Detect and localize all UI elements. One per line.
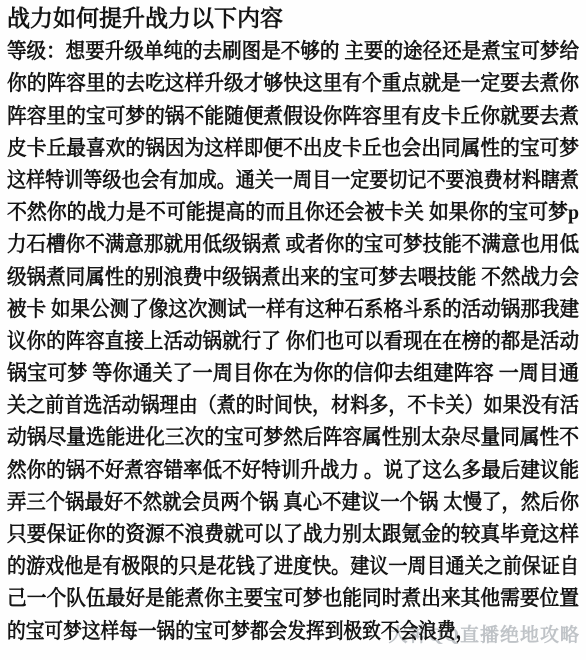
article-text-block: 战力如何提升战力以下内容 等级：想要升级单纯的去刷图是不够的 主要的途径还是煮宝…	[7, 3, 579, 647]
article-text-line: 阵容里的宝可梦的锅不能随便煮假设你阵容里有皮卡丘你就要去煮	[7, 100, 579, 132]
guide-page: 战力如何提升战力以下内容 等级：想要升级单纯的去刷图是不够的 主要的途径还是煮宝…	[0, 0, 586, 660]
article-text-line: 只要保证你的资源不浪费就可以了战力别太跟氪金的较真毕竟这样	[7, 518, 579, 550]
article-title: 战力如何提升战力以下内容	[7, 3, 579, 35]
article-text-line: 锅宝可梦 等你通关了一周目你在为你的信仰去组建阵容 一周目通	[7, 357, 579, 389]
article-text-line: 级锅煮同属性的别浪费中级锅煮出来的宝可梦去喂技能 不然战力会	[7, 261, 579, 293]
article-text-line: 你的阵容里的去吃这样升级才够快这里有个重点就是一定要去煮你	[7, 67, 579, 99]
article-text-line: 的游戏他是有极限的只是花钱了进度快。建议一周目通关之前保证自	[7, 550, 579, 582]
article-text-line: 然你的锅不好煮容错率低不好特训升战力 。说了这么多最后建议能	[7, 454, 579, 486]
article-text-line: 被卡 如果公测了像这次测试一样有这种石系格斗系的活动锅那我建	[7, 293, 579, 325]
article-text-line: 力石槽你不满意那就用低级锅煮 或者你的宝可梦技能不满意也用低	[7, 228, 579, 260]
article-text-line: 弄三个锅最好不然就会员两个锅 真心不建议一个锅 太慢了，然后你	[7, 486, 579, 518]
article-title-text: 战力如何提升战力以下内容	[7, 3, 283, 35]
article-text-line: 等级：想要升级单纯的去刷图是不够的 主要的途径还是煮宝可梦给	[7, 35, 579, 67]
article-text-line: 这样特训等级也会有加成。通关一周目一定要切记不要浪费材料瞎煮	[7, 164, 579, 196]
article-text-line: 动锅尽量选能进化三次的宝可梦然后阵容属性别太杂尽量同属性不	[7, 421, 579, 453]
article-text-line: 关之前首选活动锅理由（煮的时间快，材料多，不卡关）如果没有活	[7, 389, 579, 421]
article-text-line: 的宝可梦这样每一锅的宝可梦都会发挥到极致不会浪费，	[7, 615, 579, 647]
article-text-line: 皮卡丘最喜欢的锅因为这样即便不出皮卡丘也会出同属性的宝可梦	[7, 132, 579, 164]
article-text-line: 不然你的战力是不可能提高的而且你还会被卡关 如果你的宝可梦p	[7, 196, 579, 228]
article-text-line: 己一个队伍最好是能煮你主要宝可梦也能同时煮出来其他需要位置	[7, 582, 579, 614]
article-body: 等级：想要升级单纯的去刷图是不够的 主要的途径还是煮宝可梦给你的阵容里的去吃这样…	[7, 35, 579, 647]
article-text-line: 议你的阵容直接上活动锅就行了 你们也可以看现在在榜的都是活动	[7, 325, 579, 357]
